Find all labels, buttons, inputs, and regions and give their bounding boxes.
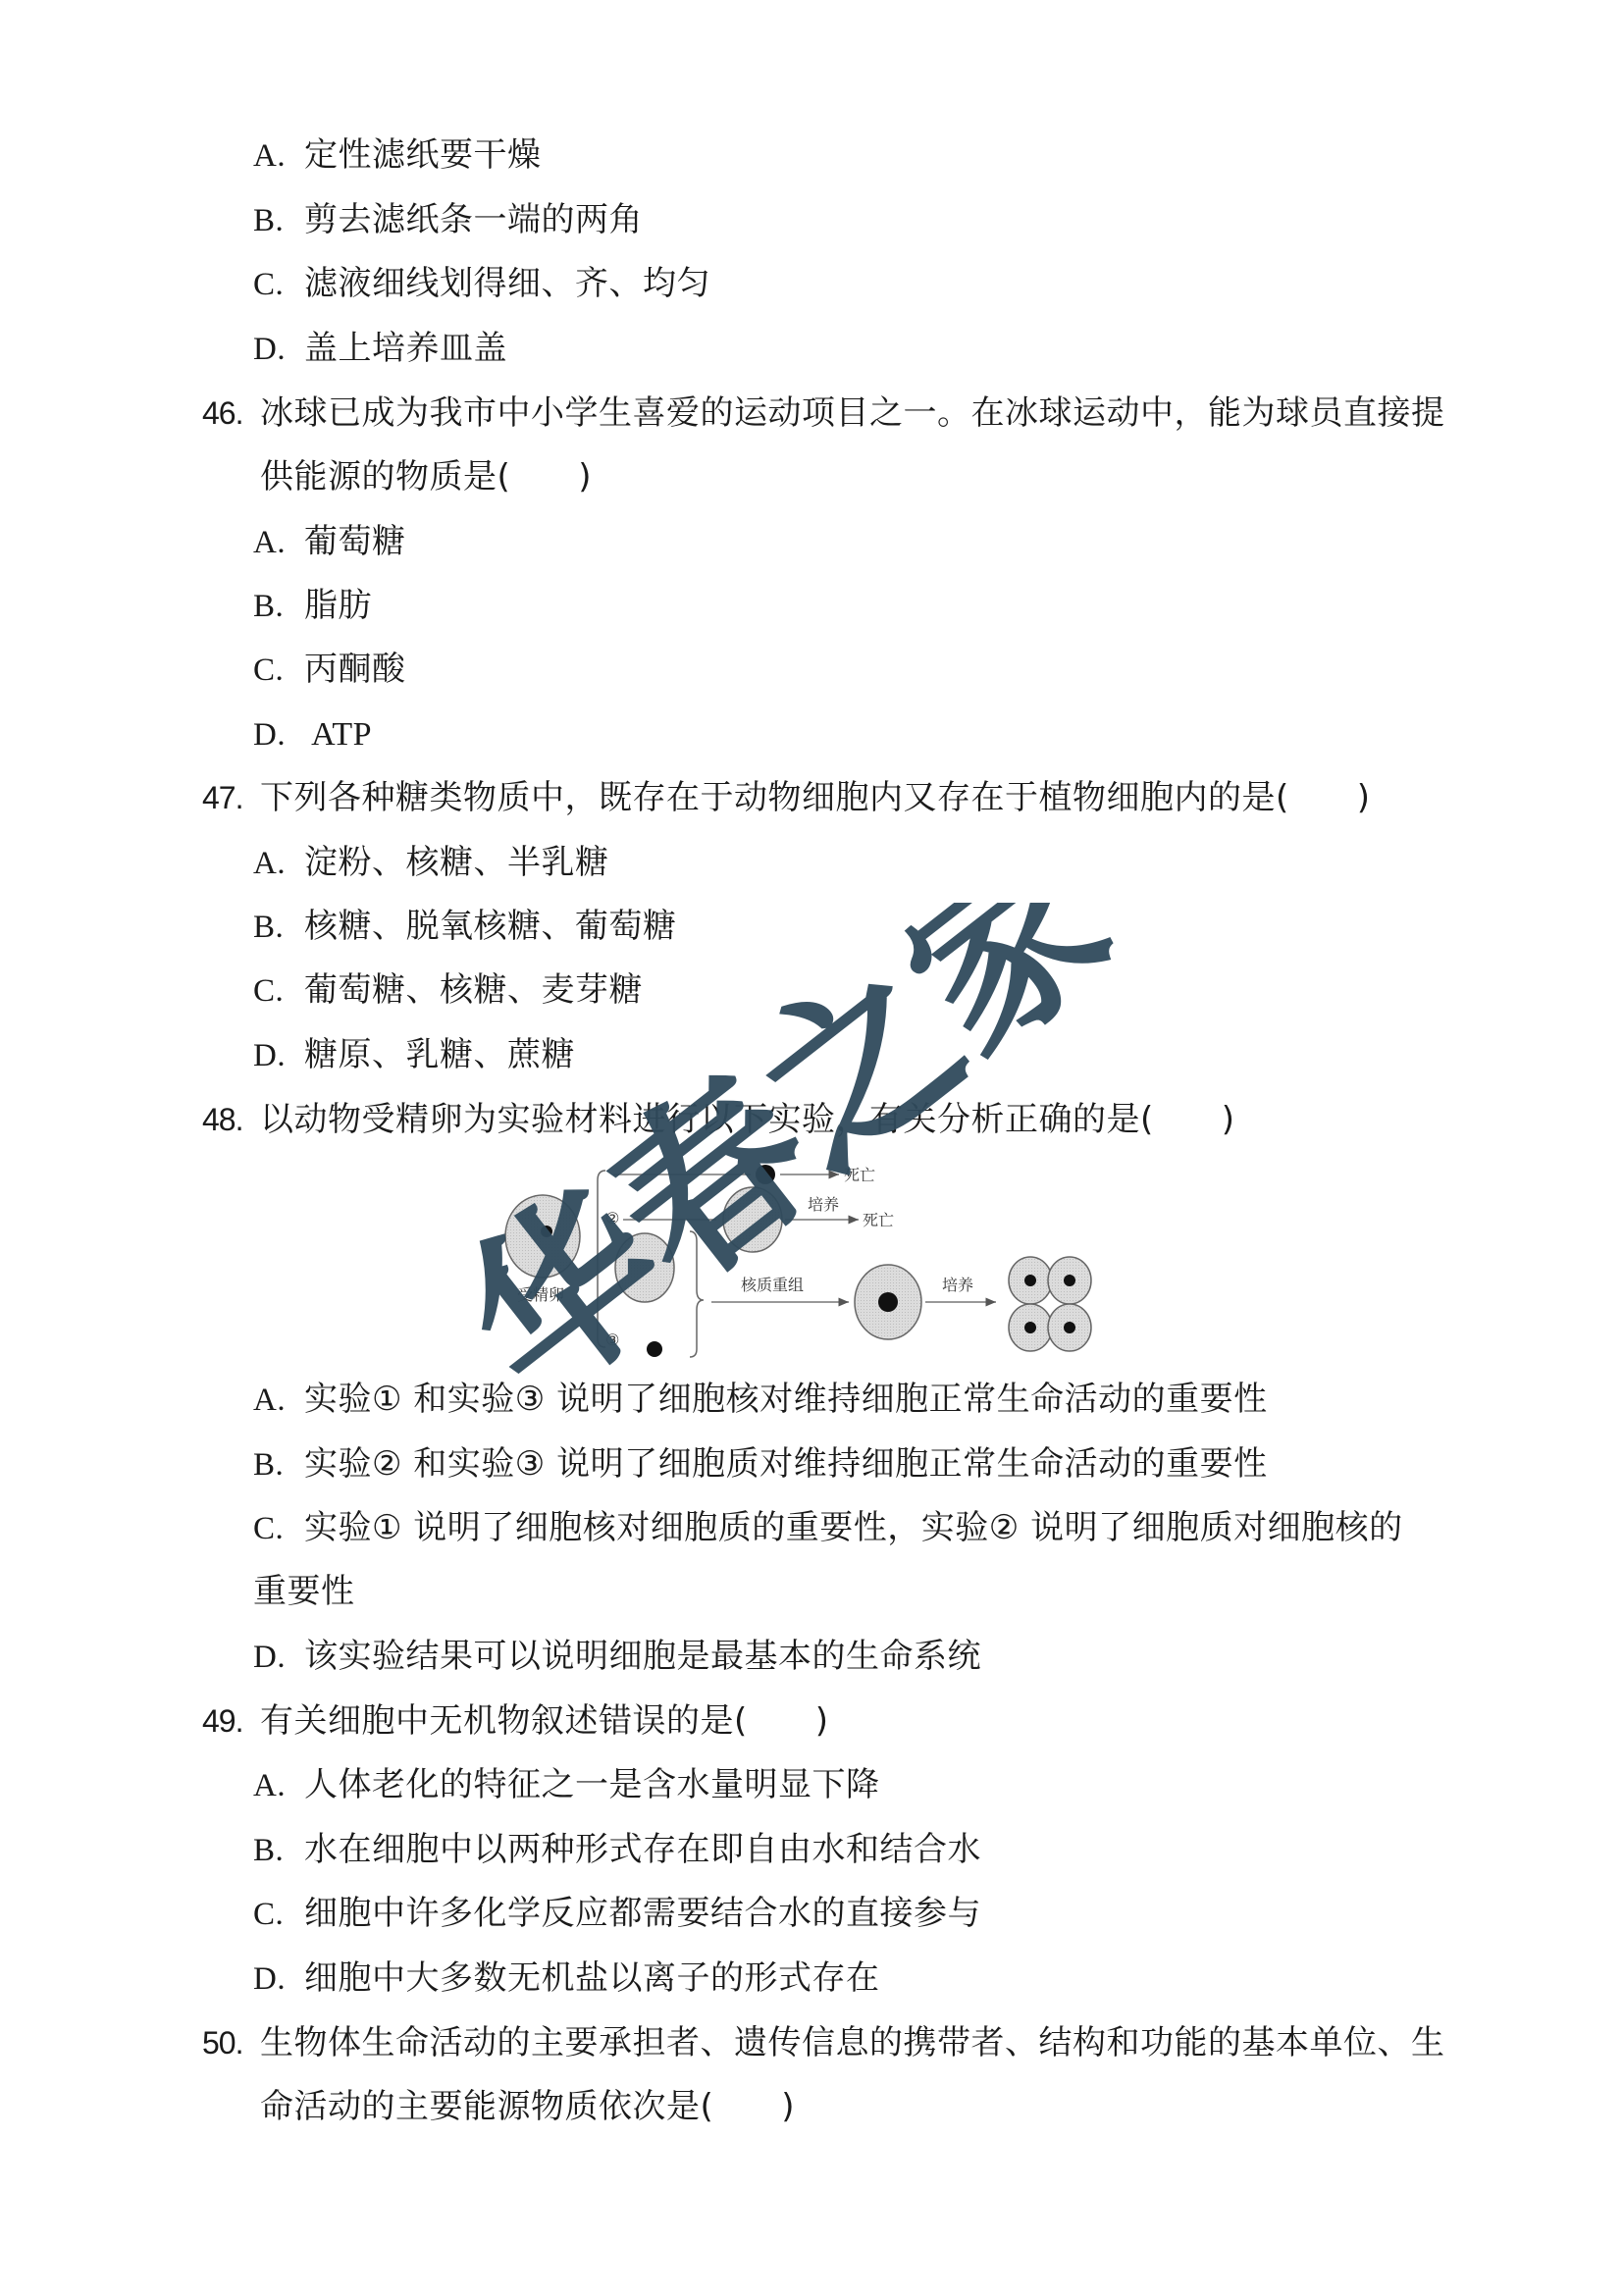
- option-label: D.: [253, 1630, 304, 1685]
- q48-option-d: D.该实验结果可以说明细胞是最基本的生命系统: [253, 1629, 981, 1684]
- question-number: 48.: [202, 1092, 242, 1147]
- option-label: D.: [253, 1952, 304, 2007]
- q48-option-c-cont: 重要性: [253, 1564, 355, 1619]
- exp3-cytoplasm: [615, 1233, 674, 1302]
- option-label: A.: [253, 1758, 304, 1813]
- q49-option-d: D.细胞中大多数无机盐以离子的形式存在: [253, 1951, 880, 2006]
- option-text: ATP: [304, 716, 372, 753]
- option-label: C.: [253, 1887, 304, 1942]
- q48-option-b: B.实验② 和实验③ 说明了细胞质对维持细胞正常生命活动的重要性: [253, 1436, 1268, 1491]
- q50-stem: 50. 生物体生命活动的主要承担者、遗传信息的携带者、结构和功能的基本单位、生: [0, 2015, 1623, 2070]
- option-text: 实验① 和实验③ 说明了细胞核对维持细胞正常生命活动的重要性: [304, 1380, 1268, 1419]
- option-text: 实验② 和实验③ 说明了细胞质对维持细胞正常生命活动的重要性: [304, 1444, 1268, 1484]
- option-label: A.: [253, 515, 304, 570]
- question-number: 46.: [202, 386, 242, 441]
- question-number: 49.: [202, 1694, 242, 1748]
- exp1-nucleus: [756, 1165, 775, 1184]
- experiment-diagram: 受精卵 死亡 ② 培养 死亡 ③ 核质重组 培养: [496, 1153, 1124, 1364]
- q47-stem: 47. 下列各种糖类物质中，既存在于动物细胞内又存在于植物细胞内的是( ): [0, 770, 1623, 825]
- q46-stem: 46. 冰球已成为我市中小学生喜爱的运动项目之一。在冰球运动中，能为球员直接提: [0, 386, 1623, 441]
- zygote-label: 受精卵: [517, 1285, 564, 1304]
- option-text: 淀粉、核糖、半乳糖: [304, 843, 609, 882]
- q49-option-b: B.水在细胞中以两种形式存在即自由水和结合水: [253, 1822, 981, 1877]
- option-text: 核糖、脱氧核糖、葡萄糖: [304, 907, 677, 946]
- option-text: 细胞中许多化学反应都需要结合水的直接参与: [304, 1894, 981, 1933]
- q50-stem-cont: 命活动的主要能源物质依次是( ): [260, 2079, 795, 2134]
- death-label-2: 死亡: [863, 1211, 894, 1229]
- option-label: C.: [253, 1501, 304, 1556]
- q46-stem-cont: 供能源的物质是( ): [260, 449, 592, 504]
- option-label: B.: [253, 193, 304, 248]
- option-text: 滤液细线划得细、齐、均匀: [304, 264, 710, 303]
- exp2-cytoplasm: [723, 1187, 782, 1252]
- q49-stem: 49. 有关细胞中无机物叙述错误的是( ): [0, 1694, 1623, 1748]
- q45-option-a: A.定性滤纸要干燥: [253, 128, 542, 183]
- q47-option-c: C.葡萄糖、核糖、麦芽糖: [253, 963, 643, 1018]
- option-text: 该实验结果可以说明细胞是最基本的生命系统: [304, 1637, 981, 1676]
- option-text: 定性滤纸要干燥: [304, 135, 542, 175]
- q47-option-b: B.核糖、脱氧核糖、葡萄糖: [253, 899, 677, 954]
- option-text: 葡萄糖、核糖、麦芽糖: [304, 970, 643, 1010]
- question-number: 50.: [202, 2015, 242, 2070]
- option-text: 水在细胞中以两种形式存在即自由水和结合水: [304, 1830, 981, 1869]
- q46-option-b: B.脂肪: [253, 578, 372, 633]
- q46-option-c: C.丙酮酸: [253, 642, 406, 697]
- option-text: 人体老化的特征之一是含水量明显下降: [304, 1765, 880, 1804]
- option-text: 糖原、乳糖、蔗糖: [304, 1035, 575, 1074]
- q48-option-c: C.实验① 说明了细胞核对细胞质的重要性，实验② 说明了细胞质对细胞核的: [253, 1500, 1403, 1555]
- option-label: C.: [253, 257, 304, 312]
- option-text: 细胞中大多数无机盐以离子的形式存在: [304, 1958, 880, 1998]
- death-label-1: 死亡: [844, 1166, 875, 1184]
- option-label: D.: [253, 707, 304, 762]
- exp3-label: ③: [605, 1331, 619, 1349]
- q45-option-d: D.盖上培养皿盖: [253, 321, 507, 376]
- option-label: A.: [253, 129, 304, 183]
- exp3-nucleus: [647, 1341, 662, 1357]
- q46-option-a: A.葡萄糖: [253, 514, 406, 569]
- question-text: 下列各种糖类物质中，既存在于动物细胞内又存在于植物细胞内的是( ): [260, 770, 1371, 825]
- q48-stem: 48. 以动物受精卵为实验材料进行以下实验，有关分析正确的是( ): [0, 1092, 1623, 1147]
- option-text: 实验① 说明了细胞核对细胞质的重要性，实验② 说明了细胞质对细胞核的: [304, 1508, 1403, 1547]
- option-text: 脂肪: [304, 586, 372, 625]
- option-text: 剪去滤纸条一端的两角: [304, 200, 643, 239]
- question-number: 47.: [202, 770, 242, 825]
- option-text: 重要性: [253, 1572, 355, 1611]
- option-label: B.: [253, 579, 304, 634]
- q47-option-d: D.糖原、乳糖、蔗糖: [253, 1027, 575, 1082]
- q47-option-a: A.淀粉、核糖、半乳糖: [253, 835, 609, 890]
- option-label: A.: [253, 836, 304, 891]
- q48-option-a: A.实验① 和实验③ 说明了细胞核对维持细胞正常生命活动的重要性: [253, 1372, 1268, 1427]
- culture-label-2: 培养: [942, 1276, 973, 1294]
- q49-option-c: C.细胞中许多化学反应都需要结合水的直接参与: [253, 1886, 981, 1941]
- recombine-label: 核质重组: [741, 1276, 804, 1294]
- option-label: D.: [253, 322, 304, 377]
- option-label: C.: [253, 643, 304, 698]
- option-label: B.: [253, 1437, 304, 1492]
- option-label: B.: [253, 1823, 304, 1878]
- divided-cells: [1009, 1257, 1091, 1351]
- zygote-nucleus: [541, 1226, 552, 1237]
- option-text: 盖上培养皿盖: [304, 329, 507, 368]
- option-label: C.: [253, 964, 304, 1018]
- question-text: 以动物受精卵为实验材料进行以下实验，有关分析正确的是( ): [260, 1092, 1235, 1147]
- exp3-bracket: [690, 1231, 704, 1357]
- option-text: 葡萄糖: [304, 522, 406, 561]
- branch-bracket: [598, 1171, 605, 1347]
- option-label: A.: [253, 1373, 304, 1428]
- question-text: 生物体生命活动的主要承担者、遗传信息的携带者、结构和功能的基本单位、生: [260, 2015, 1445, 2070]
- q49-option-a: A.人体老化的特征之一是含水量明显下降: [253, 1757, 880, 1812]
- option-text: 丙酮酸: [304, 650, 406, 689]
- culture-label-1: 培养: [808, 1195, 839, 1214]
- q45-option-b: B.剪去滤纸条一端的两角: [253, 192, 643, 247]
- q45-option-c: C.滤液细线划得细、齐、均匀: [253, 256, 710, 311]
- option-label: D.: [253, 1028, 304, 1083]
- q46-option-d: D. ATP: [253, 706, 372, 761]
- exp2-label: ②: [605, 1209, 619, 1227]
- question-text: 冰球已成为我市中小学生喜爱的运动项目之一。在冰球运动中，能为球员直接提: [260, 386, 1445, 441]
- zygote-cell: [505, 1195, 580, 1278]
- option-label: B.: [253, 900, 304, 955]
- question-text: 有关细胞中无机物叙述错误的是( ): [260, 1694, 829, 1748]
